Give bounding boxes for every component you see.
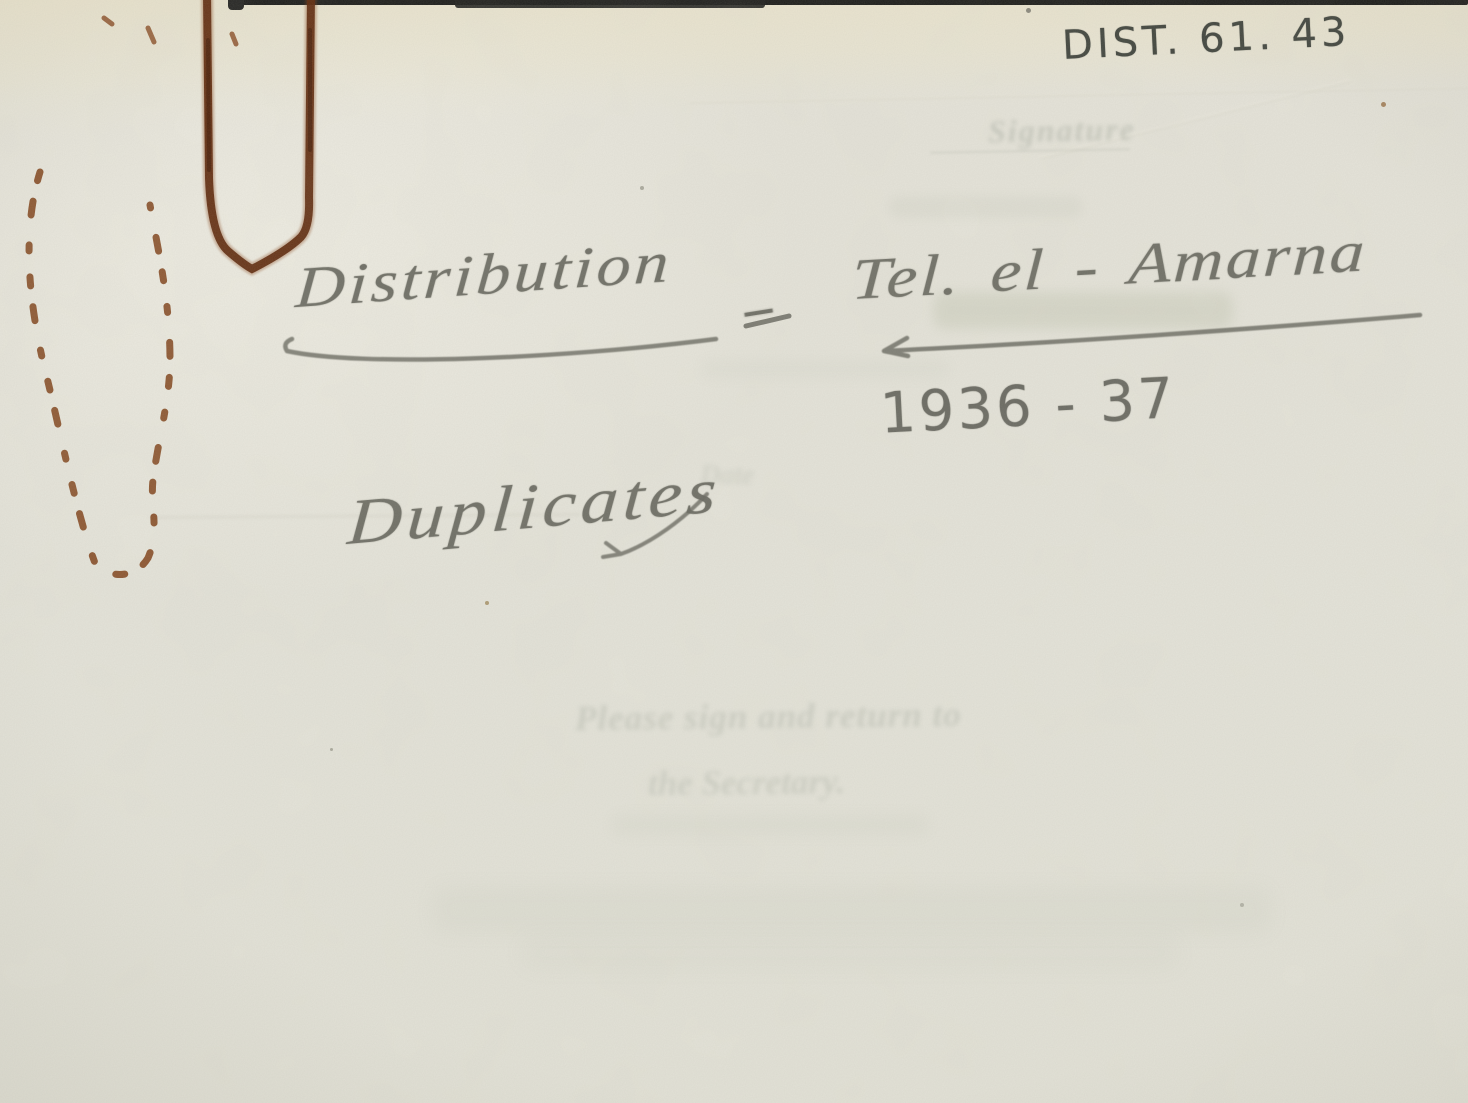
ghost-request-line1: Please sign and return to	[575, 695, 962, 739]
ghost-illegible-smudge	[700, 358, 950, 380]
crease-line	[150, 513, 580, 518]
scanner-edge-strip	[228, 0, 1468, 5]
ghost-signature-line	[930, 148, 1130, 153]
paper-speck	[1381, 102, 1386, 107]
pencil-underline-distribution	[285, 339, 716, 360]
ghost-illegible-title-smudge	[432, 886, 1272, 934]
handwritten-separator-dash: -	[735, 277, 780, 341]
scanner-edge-strip	[228, 0, 244, 10]
dotted-rust-paperclip-outline	[29, 172, 170, 574]
pencil-flourish-duplicates	[603, 494, 707, 557]
ghost-illegible-title-smudge	[520, 936, 1180, 970]
ghost-date-label: Date	[700, 460, 754, 492]
paper-speck	[1240, 903, 1244, 907]
handwritten-title-tel-el-amarna: Tel. el - Amarna	[850, 217, 1368, 313]
paper-tone-band	[0, 0, 1468, 100]
ghost-illegible-smudge	[610, 814, 930, 836]
scanned-document: Signature Date Please sign and return to…	[0, 0, 1468, 1103]
pencil-dash	[746, 316, 789, 326]
paper-grain-texture	[0, 0, 1468, 1103]
paper-speck	[330, 748, 333, 751]
rust-stain-layer	[0, 0, 1468, 1103]
handwritten-note-duplicates: Duplicates	[345, 453, 723, 560]
handwritten-date-range: 1936 - 37	[879, 366, 1179, 446]
paper-speck	[485, 601, 489, 605]
ghost-request-line2: the Secretary.	[648, 762, 845, 804]
pencil-stroke-layer	[0, 0, 1468, 1103]
paper-speck	[640, 186, 644, 190]
ghost-signature-label: Signature	[988, 111, 1136, 151]
ghost-illegible-smudge	[933, 292, 1233, 329]
handwritten-title-distribution: Distribution	[294, 227, 675, 321]
scanner-edge-strip	[455, 0, 765, 8]
ghost-illegible-smudge	[888, 196, 1083, 218]
pencil-underline-amarna	[884, 315, 1420, 356]
